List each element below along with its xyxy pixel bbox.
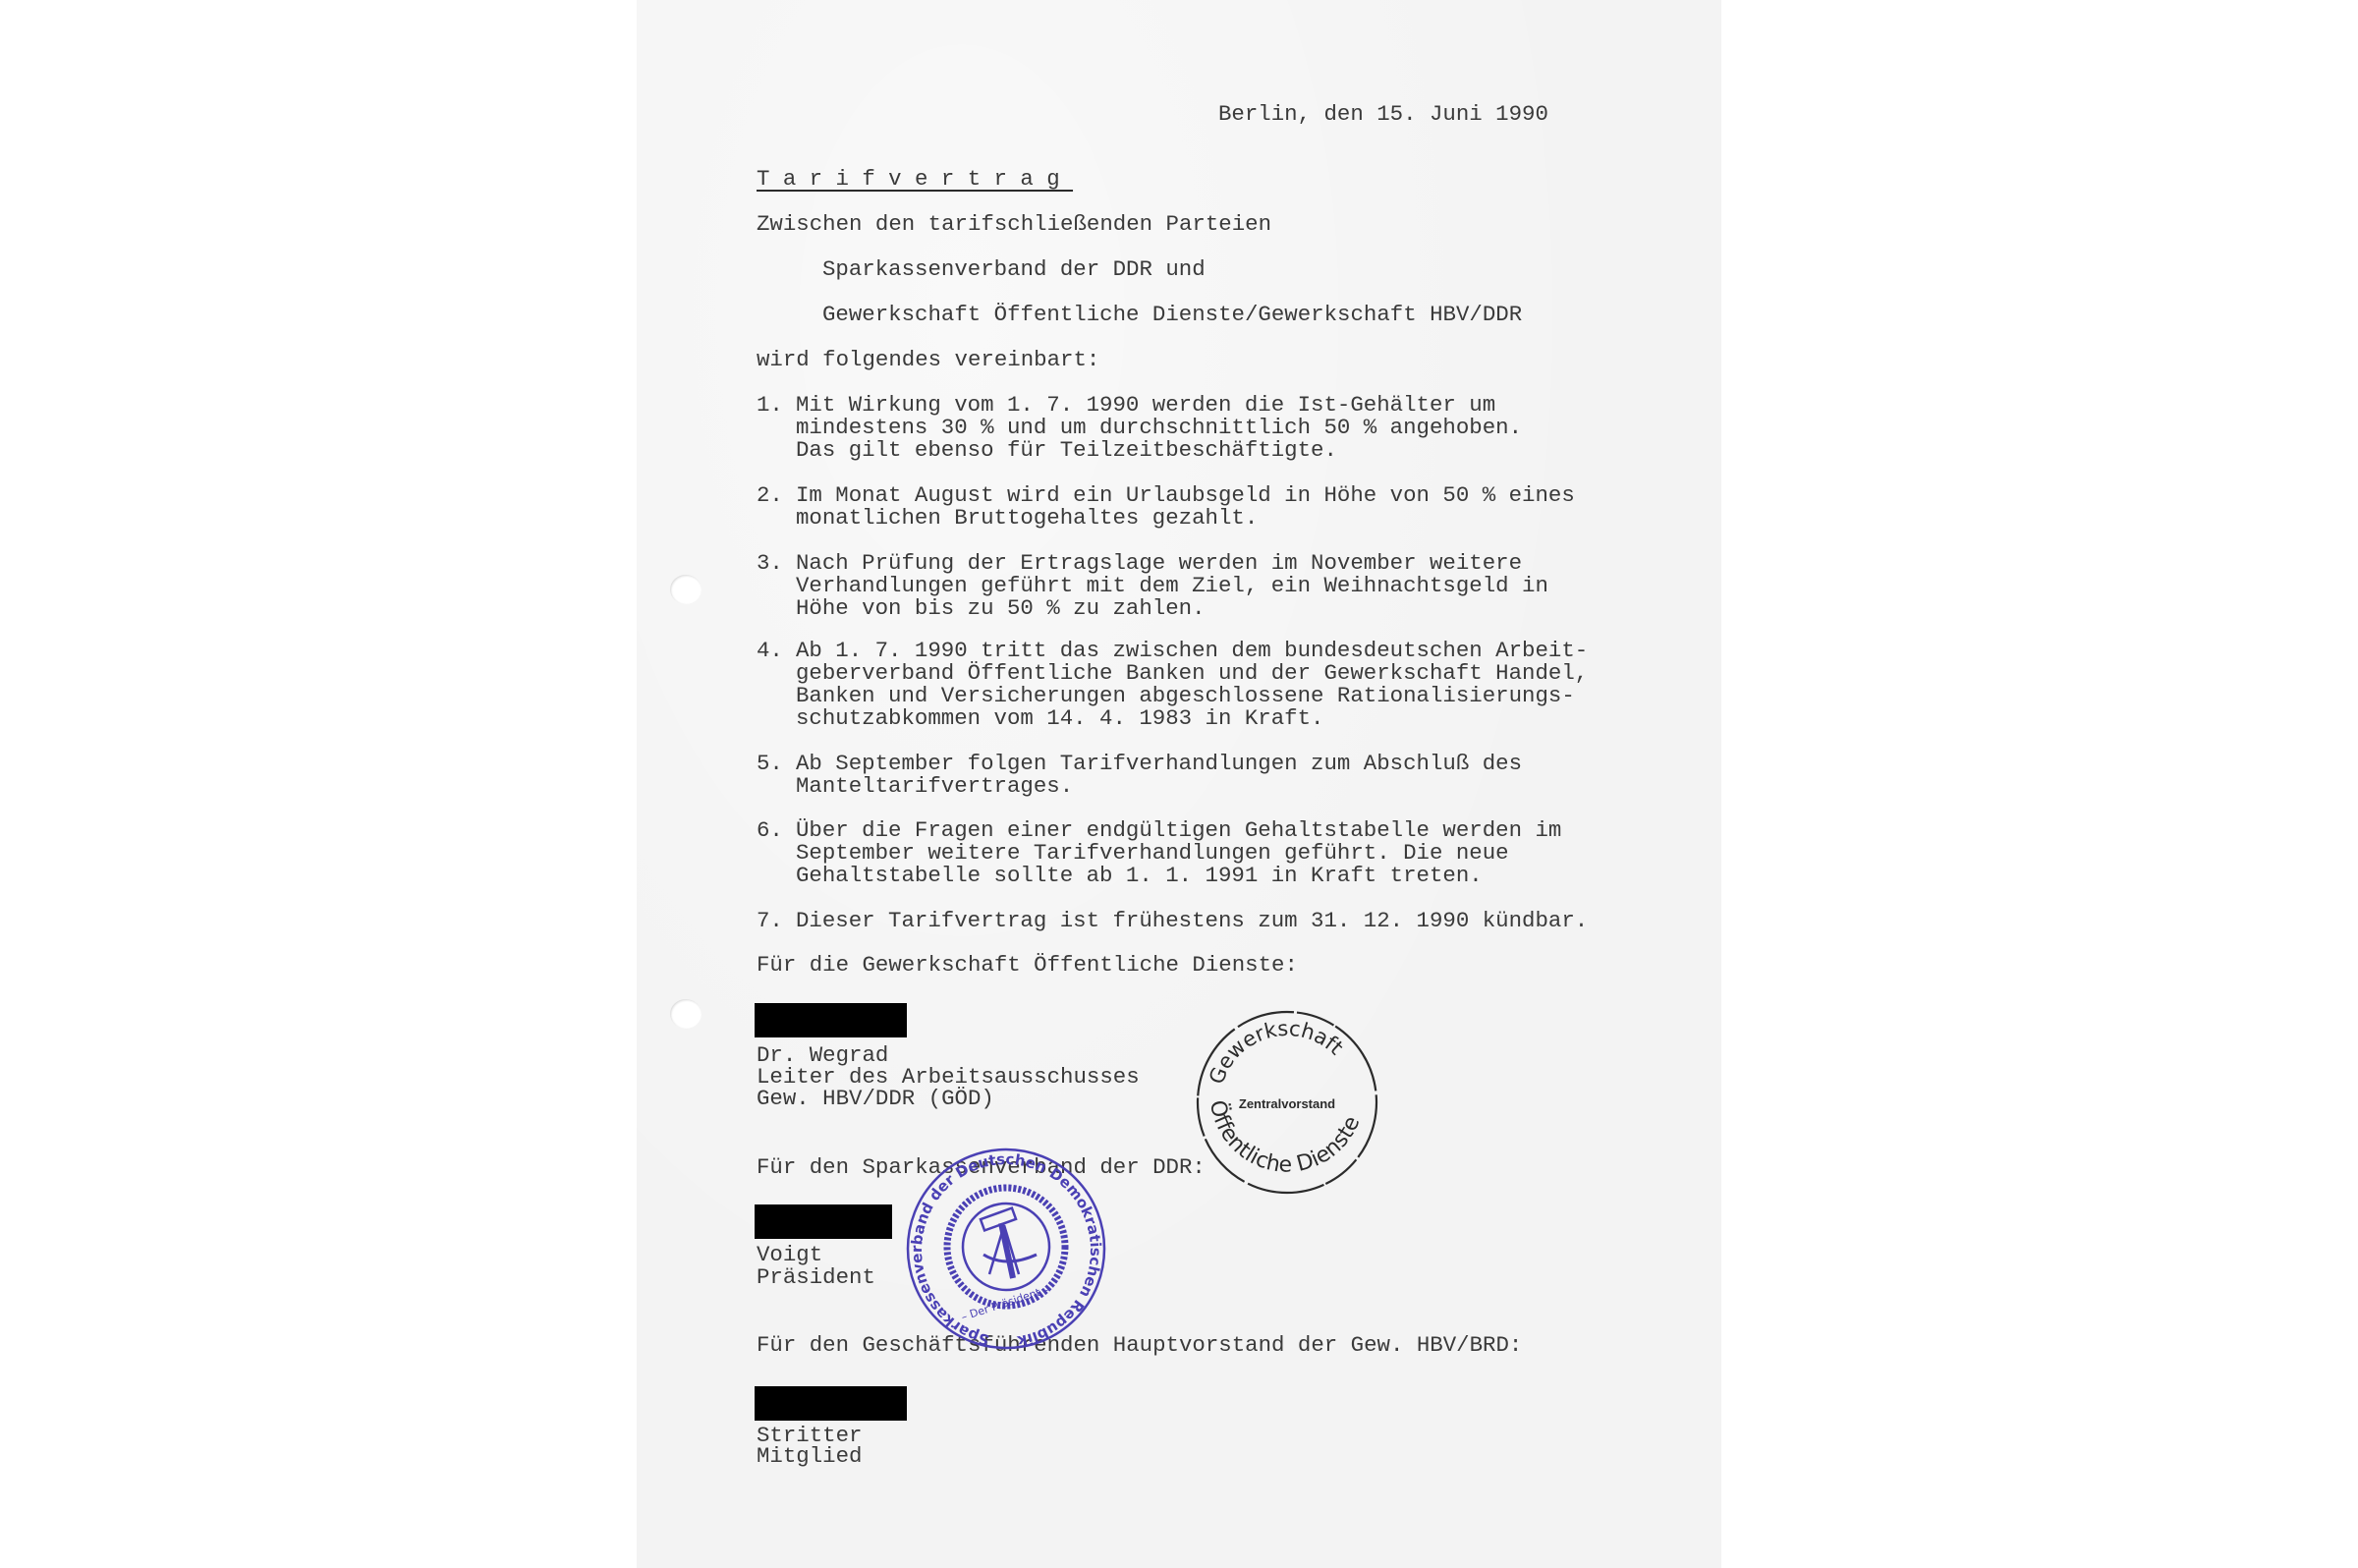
clause-number: 7. bbox=[757, 910, 783, 932]
clause-text-line: geberverband Öffentliche Banken und der … bbox=[796, 662, 1588, 685]
clause-text-line: Nach Prüfung der Ertragslage werden im N… bbox=[796, 552, 1522, 575]
clause-number: 2. bbox=[757, 484, 783, 507]
clause-text-line: Ab 1. 7. 1990 tritt das zwischen dem bun… bbox=[796, 640, 1588, 662]
punch-hole bbox=[670, 999, 702, 1029]
clause-number: 6. bbox=[757, 819, 783, 842]
clause-text-line: September weitere Tarifverhandlungen gef… bbox=[796, 842, 1509, 865]
savings-bank-seal-icon: Sparkassenverband der Deutschen Demokrat… bbox=[903, 1145, 1109, 1353]
redacted-signature bbox=[755, 1003, 907, 1037]
clause-text-line: schutzabkommen vom 14. 4. 1983 in Kraft. bbox=[796, 707, 1323, 730]
signature-label-union: Für die Gewerkschaft Öffentliche Dienste… bbox=[757, 954, 1298, 977]
party-1: Sparkassenverband der DDR und bbox=[822, 258, 1206, 281]
document-page: Berlin, den 15. Juni 1990 Tarifvertrag Z… bbox=[637, 0, 1721, 1568]
signatory-role: Gew. HBV/DDR (GÖD) bbox=[757, 1088, 994, 1110]
clause-text-line: Mit Wirkung vom 1. 7. 1990 werden die Is… bbox=[796, 394, 1495, 417]
clause-text-line: Über die Fragen einer endgültigen Gehalt… bbox=[796, 819, 1561, 842]
agreement-line: wird folgendes vereinbart: bbox=[757, 349, 1099, 371]
signatory-role: Mitglied bbox=[757, 1445, 863, 1468]
redacted-signature bbox=[755, 1386, 907, 1421]
clause-number: 4. bbox=[757, 640, 783, 662]
signature-label-hbv-brd: Für den Geschäftsführenden Hauptvorstand… bbox=[757, 1334, 1522, 1357]
clause-text-line: Verhandlungen geführt mit dem Ziel, ein … bbox=[796, 575, 1548, 597]
clause-text-line: Höhe von bis zu 50 % zu zahlen. bbox=[796, 597, 1206, 620]
party-2: Gewerkschaft Öffentliche Dienste/Gewerks… bbox=[822, 304, 1522, 326]
clause-text-line: monatlichen Bruttogehaltes gezahlt. bbox=[796, 507, 1258, 530]
place-date: Berlin, den 15. Juni 1990 bbox=[1218, 103, 1548, 126]
clause-text-line: Manteltarifvertrages. bbox=[796, 775, 1073, 798]
intro-text: Zwischen den tarifschließenden Parteien bbox=[757, 213, 1271, 236]
clause-text-line: mindestens 30 % und um durchschnittlich … bbox=[796, 417, 1522, 439]
document-title: Tarifvertrag bbox=[757, 168, 1073, 191]
signatory-role: Präsident bbox=[757, 1266, 875, 1289]
clause-text-line: Ab September folgen Tarifverhandlungen z… bbox=[796, 753, 1522, 775]
clause-text-line: Dieser Tarifvertrag ist frühestens zum 3… bbox=[796, 910, 1588, 932]
svg-text:Gewerkschaft: Gewerkschaft bbox=[1205, 1017, 1348, 1088]
clause-number: 5. bbox=[757, 753, 783, 775]
clause-number: 3. bbox=[757, 552, 783, 575]
signatory-name: Voigt bbox=[757, 1244, 822, 1266]
redacted-signature bbox=[755, 1204, 892, 1239]
clause-number: 1. bbox=[757, 394, 783, 417]
clause-text-line: Gehaltstabelle sollte ab 1. 1. 1991 in K… bbox=[796, 865, 1483, 887]
svg-text:Zentralvorstand: Zentralvorstand bbox=[1239, 1096, 1335, 1111]
punch-hole bbox=[670, 575, 702, 604]
union-stamp-icon: Gewerkschaft Zentralvorstand Öffentliche… bbox=[1189, 1004, 1385, 1201]
clause-text-line: Im Monat August wird ein Urlaubsgeld in … bbox=[796, 484, 1575, 507]
clause-text-line: Das gilt ebenso für Teilzeitbeschäftigte… bbox=[796, 439, 1337, 462]
clause-text-line: Banken und Versicherungen abgeschlossene… bbox=[796, 685, 1575, 707]
